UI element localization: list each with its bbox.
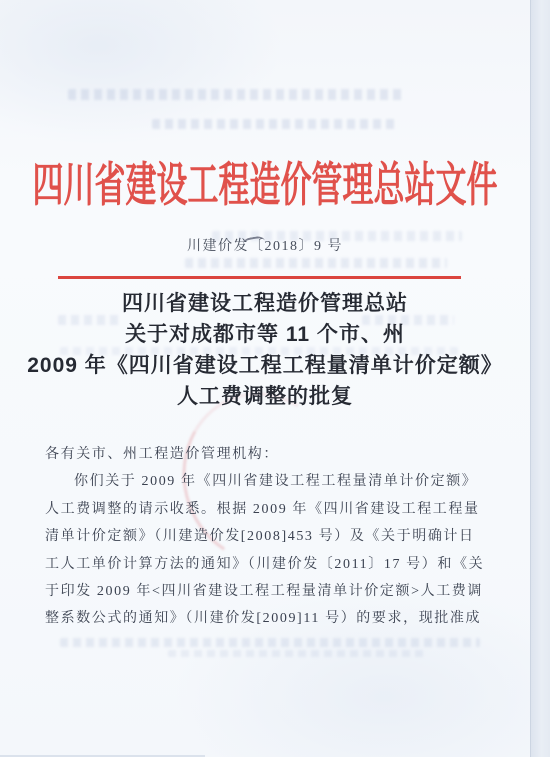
red-divider-line [58,276,461,279]
document-number: 川建价发〔2018〕9 号 [0,235,530,255]
document-title: 四川省建设工程造价管理总站 关于对成都市等 11 个市、州 2009 年《四川省… [0,288,530,412]
title-line-4: 人工费调整的批复 [0,381,530,412]
body-line: 清单计价定额》（川建造价发[2008]453 号）及《关于明确计日 [45,523,469,550]
page-content: 四川省建设工程造价管理总站文件 川建价发〔2018〕9 号 四川省建设工程造价管… [0,0,530,757]
recipient-line: 各有关市、州工程造价管理机构： [45,441,469,468]
body-line: 整系数公式的通知》（川建价发[2009]11 号）的要求，现批准成 [45,605,469,632]
body-line: 人工费调整的请示收悉。根据 2009 年《四川省建设工程工程量 [45,496,469,523]
body-line: 于印发 2009 年<四川省建设工程工程量清单计价定额>人工费调 [45,578,469,605]
masthead-title: 四川省建设工程造价管理总站文件 [33,146,498,214]
body-line: 工人工单价计算方法的通知》（川建价发〔2011〕17 号）和《关 [45,551,469,578]
red-masthead: 四川省建设工程造价管理总站文件 [0,147,530,213]
title-line-1: 四川省建设工程造价管理总站 [0,288,530,319]
scanned-official-document-page: 四川省建设工程造价管理总站文件 川建价发〔2018〕9 号 四川省建设工程造价管… [0,0,550,757]
title-line-2: 关于对成都市等 11 个市、州 [0,319,530,350]
body-line: 你们关于 2009 年《四川省建设工程工程量清单计价定额》 [45,468,469,495]
title-line-3: 2009 年《四川省建设工程工程量清单计价定额》 [0,350,530,381]
document-body: 各有关市、州工程造价管理机构： 你们关于 2009 年《四川省建设工程工程量清单… [45,441,469,633]
scan-page-edge [530,0,550,757]
